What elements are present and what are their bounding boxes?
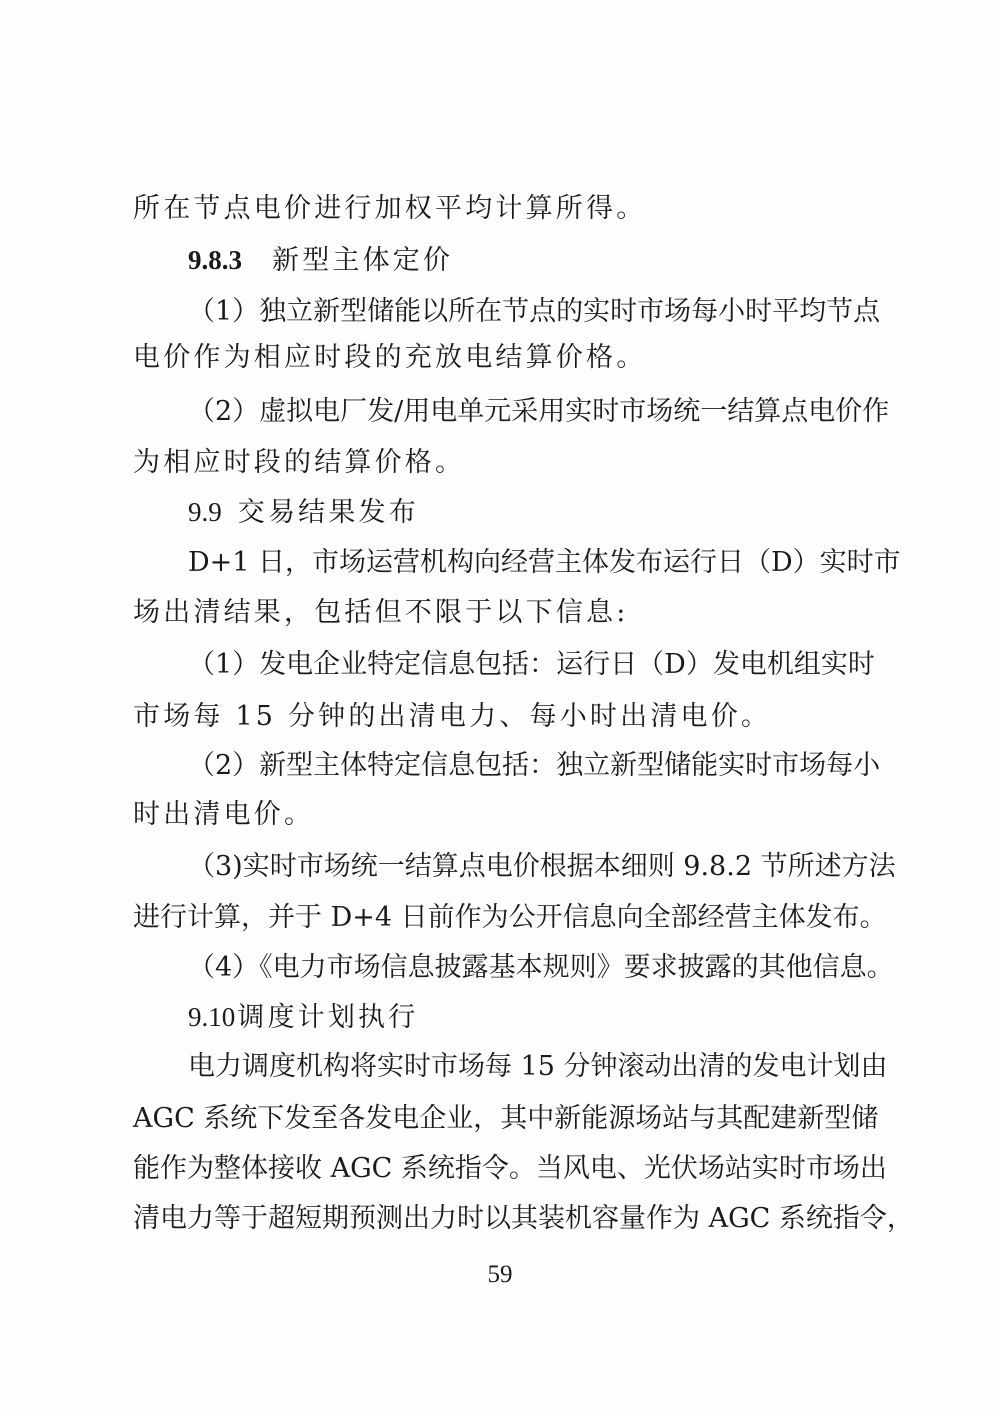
section-heading: 9.10调度计划执行	[188, 1000, 874, 1035]
text-line: 能作为整体接收 AGC 系统指令。当风电、光伏场站实时市场出	[133, 1152, 873, 1186]
page-number: 59	[0, 1260, 1000, 1290]
section-title: 交易结果发布	[238, 497, 419, 528]
text-line: （3)实时市场统一结算点电价根据本细则 9.8.2 节所述方法	[188, 850, 874, 884]
section-title: 新型主体定价	[272, 245, 453, 276]
text-line: 进行计算，并于 D+4 日前作为公开信息向全部经营主体发布。	[133, 901, 873, 935]
text-line: 市场每 15 分钟的出清电力、每小时出清电价。	[133, 700, 873, 734]
document-page: 所在节点电价进行加权平均计算所得。9.8.3新型主体定价（1）独立新型储能以所在…	[0, 0, 1000, 1414]
text-line: （1）发电企业特定信息包括：运行日（D）发电机组实时	[188, 648, 874, 682]
section-heading: 9.9交易结果发布	[188, 495, 874, 530]
section-number: 9.9	[188, 497, 222, 527]
text-line: （4）《电力市场信息披露基本规则》要求披露的其他信息。	[188, 951, 874, 985]
text-line: 所在节点电价进行加权平均计算所得。	[133, 192, 873, 226]
section-number: 9.10	[188, 1002, 235, 1032]
text-line: 电力调度机构将实时市场每 15 分钟滚动出清的发电计划由	[188, 1050, 874, 1084]
text-line: （2）虚拟电厂发/用电单元采用实时市场统一结算点电价作	[188, 395, 874, 429]
text-line: AGC 系统下发至各发电企业，其中新能源场站与其配建新型储	[133, 1102, 873, 1136]
text-line: 为相应时段的结算价格。	[133, 446, 873, 480]
text-line: D+1 日，市场运营机构向经营主体发布运行日（D）实时市	[188, 546, 874, 580]
section-number: 9.8.3	[188, 245, 242, 275]
section-heading: 9.8.3新型主体定价	[188, 243, 874, 278]
text-line: 场出清结果，包括但不限于以下信息:	[133, 596, 873, 630]
text-line: （2）新型主体特定信息包括：独立新型储能实时市场每小	[188, 749, 874, 783]
section-title: 调度计划执行	[237, 1002, 418, 1033]
text-line: （1）独立新型储能以所在节点的实时市场每小时平均节点	[188, 295, 874, 329]
text-line: 电价作为相应时段的充放电结算价格。	[133, 341, 873, 375]
text-line: 时出清电价。	[133, 798, 873, 832]
text-line: 清电力等于超短期预测出力时以其装机容量作为 AGC 系统指令，	[133, 1202, 873, 1236]
